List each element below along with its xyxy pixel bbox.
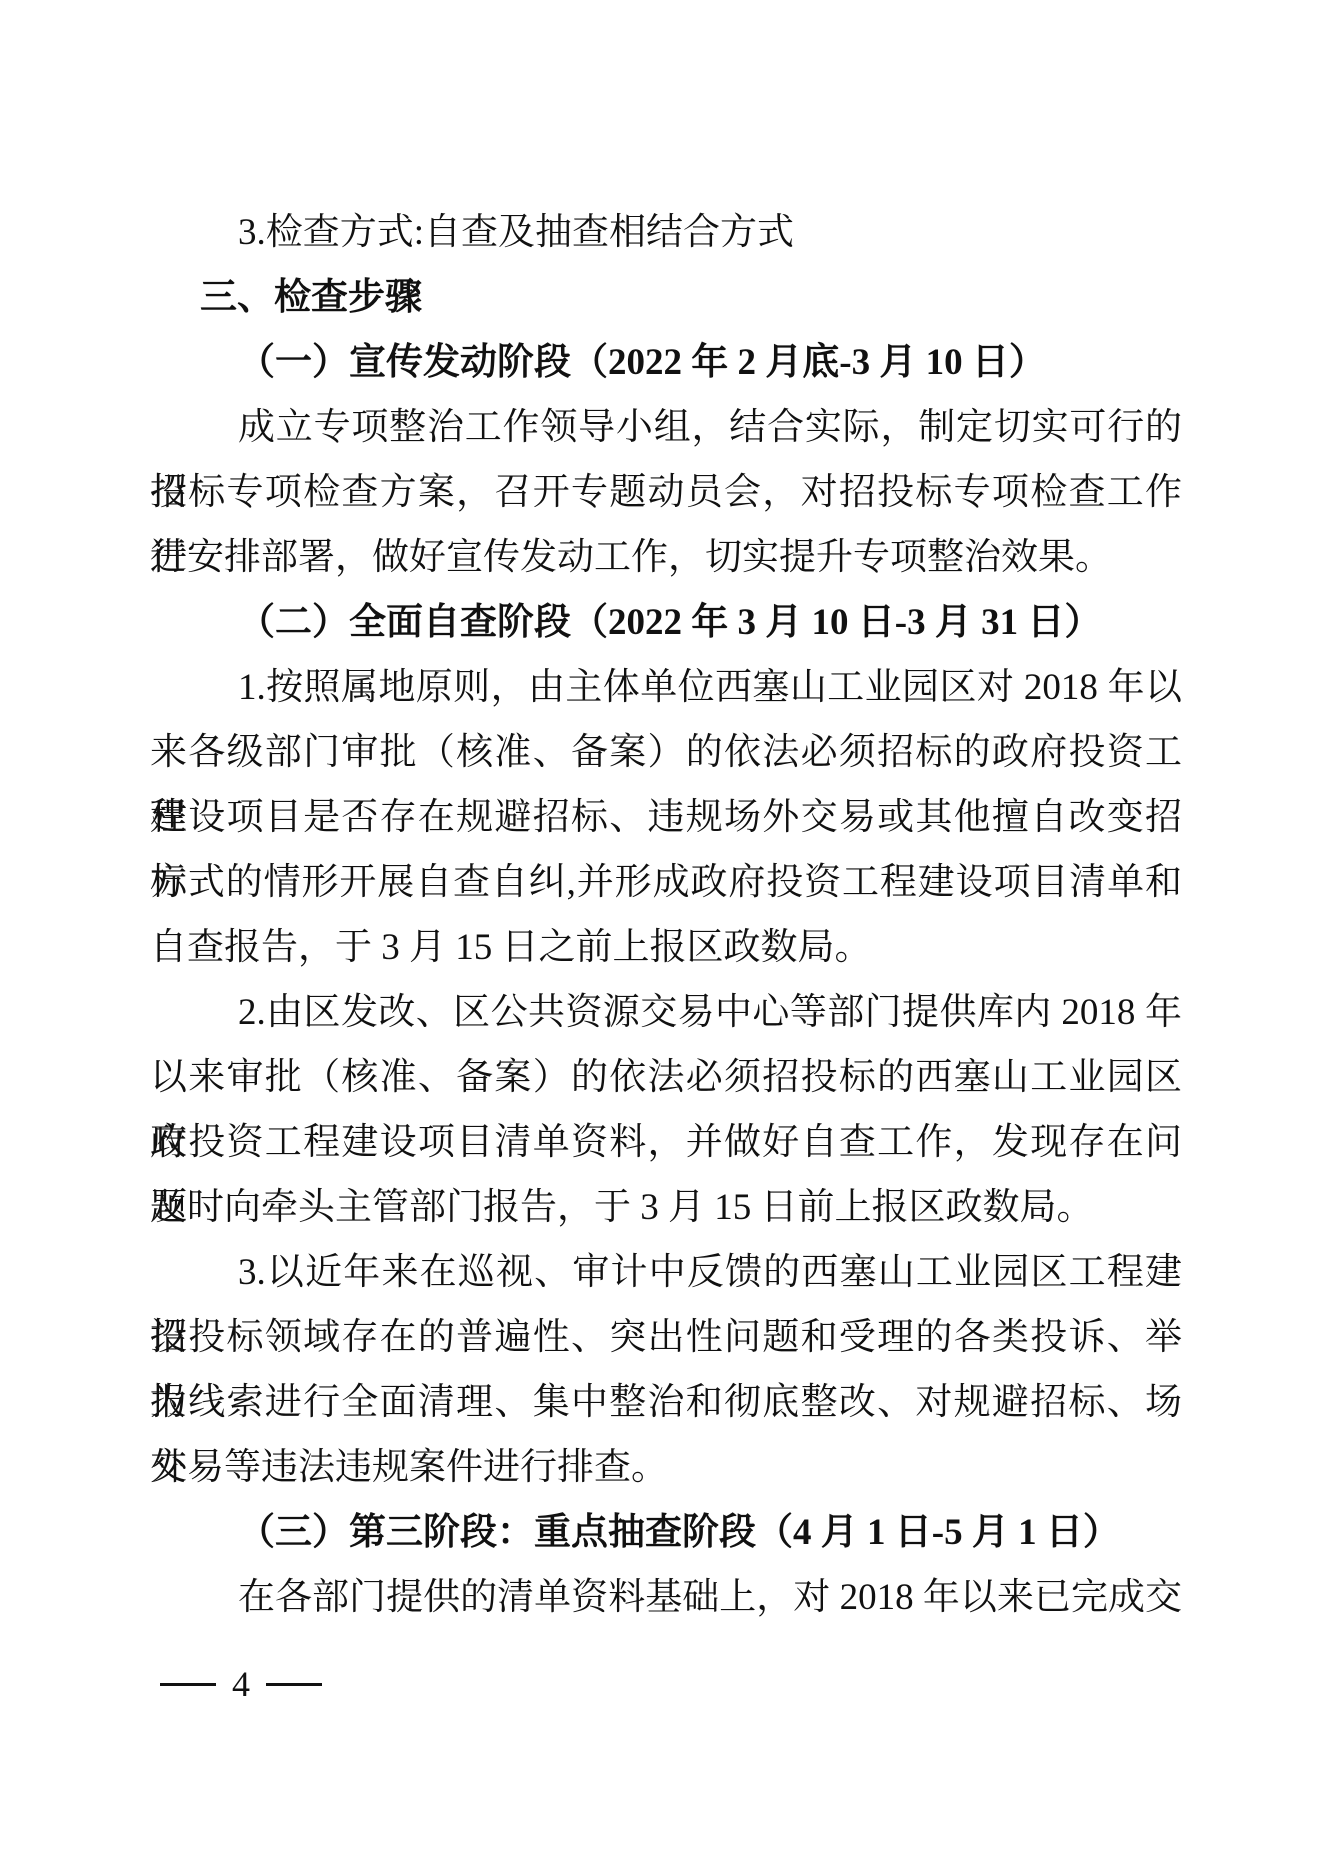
text-line: 交易等违法违规案件进行排查。 xyxy=(150,1435,1182,1500)
text-line: 及时向牵头主管部门报告，于 3 月 15 日前上报区政数局。 xyxy=(150,1175,1182,1240)
text-line: 方式的情形开展自查自纠,并形成政府投资工程建设项目清单和 xyxy=(150,850,1182,915)
document-body: 3.检查方式:自查及抽查相结合方式三、检查步骤（一）宣传发动阶段（2022 年 … xyxy=(150,200,1182,1630)
text-line: 1.按照属地原则，由主体单位西塞山工业园区对 2018 年以 xyxy=(150,655,1182,720)
text-line: 3.检查方式:自查及抽查相结合方式 xyxy=(150,200,1182,265)
text-line: 招投标领域存在的普遍性、突出性问题和受理的各类投诉、举报 xyxy=(150,1305,1182,1370)
footer-dash-right xyxy=(266,1683,322,1686)
text-line: 建设项目是否存在规避招标、违规场外交易或其他擅自改变招标 xyxy=(150,785,1182,850)
page-footer: 4 xyxy=(160,1660,322,1708)
section-heading: （二）全面自查阶段（2022 年 3 月 10 日-3 月 31 日） xyxy=(150,590,1182,655)
page-number: 4 xyxy=(232,1660,250,1708)
text-line: 府投资工程建设项目清单资料，并做好自查工作，发现存在问题 xyxy=(150,1110,1182,1175)
text-line: 行安排部署，做好宣传发动工作，切实提升专项整治效果。 xyxy=(150,525,1182,590)
section-heading: 三、检查步骤 xyxy=(150,265,1182,330)
document-page: 3.检查方式:自查及抽查相结合方式三、检查步骤（一）宣传发动阶段（2022 年 … xyxy=(0,0,1323,1871)
text-line: 自查报告，于 3 月 15 日之前上报区政数局。 xyxy=(150,915,1182,980)
text-line: 2.由区发改、区公共资源交易中心等部门提供库内 2018 年 xyxy=(150,980,1182,1045)
footer-dash-left xyxy=(160,1683,216,1686)
text-line: 3.以近年来在巡视、审计中反馈的西塞山工业园区工程建设 xyxy=(150,1240,1182,1305)
section-heading: （三）第三阶段：重点抽查阶段（4 月 1 日-5 月 1 日） xyxy=(150,1500,1182,1565)
text-line: 为线索进行全面清理、集中整治和彻底整改、对规避招标、场外 xyxy=(150,1370,1182,1435)
text-line: 成立专项整治工作领导小组，结合实际，制定切实可行的招 xyxy=(150,395,1182,460)
text-line: 来各级部门审批（核准、备案）的依法必须招标的政府投资工程 xyxy=(150,720,1182,785)
text-line: 在各部门提供的清单资料基础上，对 2018 年以来已完成交 xyxy=(150,1565,1182,1630)
section-heading: （一）宣传发动阶段（2022 年 2 月底-3 月 10 日） xyxy=(150,330,1182,395)
text-line: 投标专项检查方案，召开专题动员会，对招投标专项检查工作进 xyxy=(150,460,1182,525)
text-line: 以来审批（核准、备案）的依法必须招投标的西塞山工业园区政 xyxy=(150,1045,1182,1110)
